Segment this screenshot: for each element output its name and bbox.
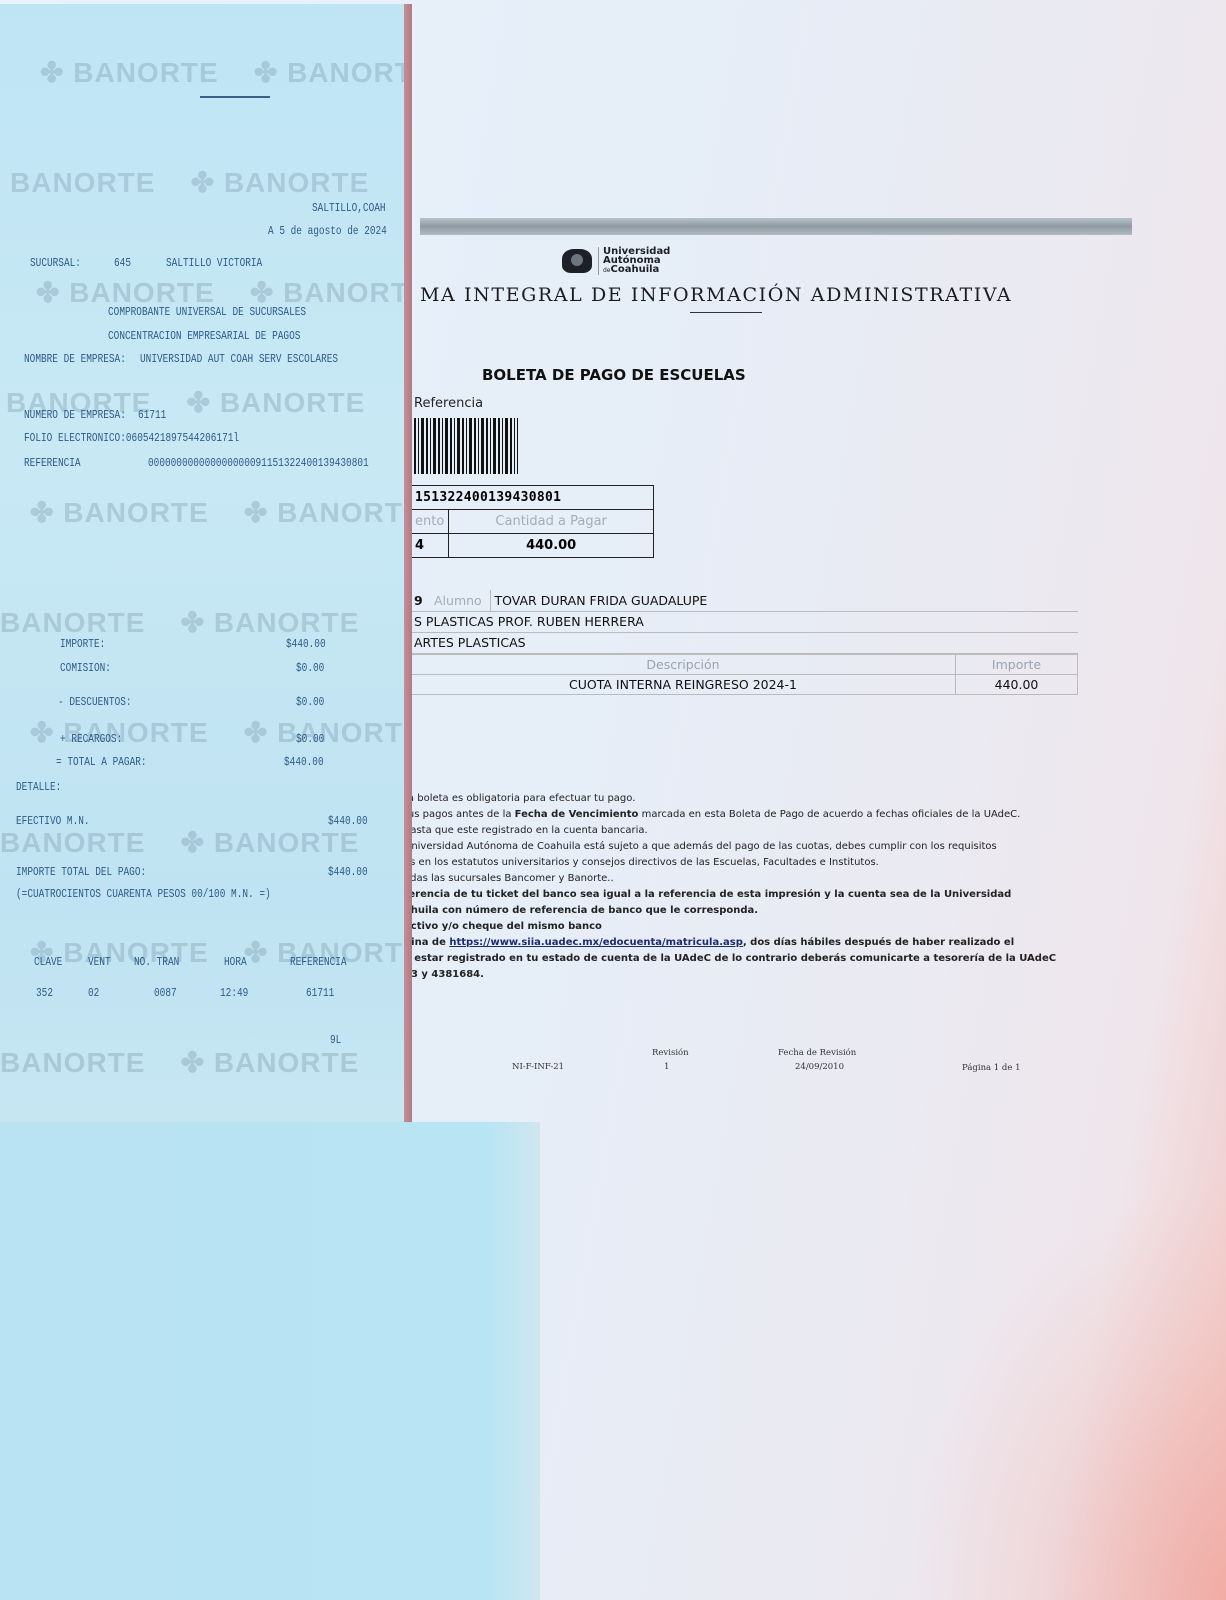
reference-value: 000000000000000000091151322400139430801 [148,457,369,470]
amount-value: 440.00 [449,534,654,558]
company-number-label: NUMERO DE EMPRESA: [24,409,126,422]
tx-header-vent: VENT [88,956,111,969]
title-divider [690,312,762,313]
branch-number: 645 [114,257,131,270]
tx-header-referencia: REFERENCIA [290,956,347,969]
ticket-edge [404,4,412,1122]
barcode [414,418,518,474]
tx-clave: 352 [36,987,53,1000]
banorte-watermark: ✤ BANORTE ✤ BANORTE [36,276,404,309]
student-id-fragment: 9 [410,590,430,611]
revision-number: 1 [664,1062,669,1072]
note-line: ferencia de tu ticket del banco sea igua… [404,887,1064,903]
account-status-link[interactable]: https://www.siia.uadec.mx/edocuenta/matr… [449,937,743,948]
note-line: ectivo y/o cheque del mismo banco [404,919,1064,935]
folio: FOLIO ELECTRONICO:0605421897544206171l [24,432,239,445]
importe-header: Importe [956,655,1078,675]
tx-hora: 12:49 [220,987,248,1000]
form-code: NI-F-INF-21 [512,1062,564,1072]
banorte-receipt: ✤ BANORTE ✤ BANORTE BANORTE ✤ BANORTE ✤ … [0,4,404,1122]
career-name: ARTES PLASTICAS [410,632,1078,653]
revision-date: 24/09/2010 [795,1062,844,1072]
banorte-watermark: BANORTE ✤ BANORTE [0,606,359,639]
tx-referencia: 61711 [306,987,334,1000]
company-number: 61711 [138,409,166,422]
note-line: á estar registrado en tu estado de cuent… [404,951,1064,967]
receipt-mark: 9L [330,1034,341,1047]
banorte-watermark: ✤ BANORTE ✤ BANORTE [30,496,404,529]
system-title: MA INTEGRAL DE INFORMACIÓN ADMINISTRATIV… [420,284,1012,306]
reference-table: 151322400139430801 ento Cantidad a Pagar… [410,485,654,558]
revision-date-label: Fecha de Revisión [778,1048,856,1058]
amount-value: $0.00 [296,733,324,746]
note-line: 33 y 4381684. [404,967,1064,983]
receipt-city: SALTILLO,COAH [312,202,386,215]
branch-name: SALTILLO VICTORIA [166,257,262,270]
banorte-watermark: BANORTE ✤ BANORTE [0,1046,359,1079]
total-in-words: (=CUATROCIENTOS CUARENTA PESOS 00/100 M.… [16,888,271,901]
note-line: ta boleta es obligatoria para efectuar t… [404,791,1064,807]
university-emblem-icon [562,249,592,273]
amount-label: IMPORTE: [60,638,105,651]
student-name: TOVAR DURAN FRIDA GUADALUPE [490,590,1078,611]
school-name: S PLASTICAS PROF. RUBEN HERRERA [410,611,1078,632]
banorte-watermark: ✤ BANORTE ✤ BANORTE [40,56,404,89]
header-band [420,218,1132,235]
tx-header-hora: HORA [224,956,247,969]
concept-amount: 440.00 [956,675,1078,695]
amount-value: $440.00 [284,756,324,769]
concept-description: CUOTA INTERNA REINGRESO 2024-1 [411,675,956,695]
amount-label: = TOTAL A PAGAR: [56,756,147,769]
tx-header-clave: CLAVE [34,956,62,969]
amount-header: Cantidad a Pagar [449,510,654,534]
banorte-watermark: BANORTE ✤ BANORTE [10,166,369,199]
due-header: ento [411,510,449,534]
receipt-title: COMPROBANTE UNIVERSAL DE SUCURSALES [108,306,306,319]
tx-vent: 02 [88,987,99,1000]
concepts-table: Descripción Importe CUOTA INTERNA REINGR… [410,654,1078,695]
note-line: Universidad Autónoma de Coahuila está su… [404,839,1064,855]
cash-value: $440.00 [328,815,368,828]
amount-value: $440.00 [286,638,326,651]
university-name: Universidad Autónoma deCoahuila [598,247,670,275]
tx-no-tran: 0087 [154,987,177,1000]
payment-notes: ta boleta es obligatoria para efectuar t… [404,791,1064,983]
due-value: 4 [411,534,449,558]
tx-header-no-tran: NO. TRAN [134,956,179,969]
cash-label: EFECTIVO M.N. [16,815,90,828]
total-value: $440.00 [328,866,368,879]
amount-label: - DESCUENTOS: [58,696,132,709]
note-line: tus pagos antes de la Fecha de Vencimien… [404,807,1064,823]
note-line: gina de https://www.siia.uadec.mx/edocue… [404,935,1064,951]
description-header: Descripción [411,655,956,675]
amount-label: COMISION: [60,662,111,675]
amount-label: + RECARGOS: [60,733,122,746]
reference-label: REFERENCIA [24,457,81,470]
reference-label: Referencia [414,396,483,411]
amount-value: $0.00 [296,696,324,709]
receipt-date: A 5 de agosto de 2024 [268,225,387,238]
note-line: ahuila con número de referencia de banco… [404,903,1064,919]
banorte-watermark: ✤ BANORTE ✤ BANORTE [30,936,404,969]
company-name: UNIVERSIDAD AUT COAH SERV ESCOLARES [140,353,338,366]
detail-label: DETALLE: [16,781,61,794]
company-name-label: NOMBRE DE EMPRESA: [24,353,126,366]
note-line: hasta que este registrado en la cuenta b… [404,823,1064,839]
university-logo: Universidad Autónoma deCoahuila [562,247,670,275]
branch-label: SUCURSAL: [30,257,81,270]
stamp-line [200,96,270,98]
receipt-subtitle: CONCENTRACION EMPRESARIAL DE PAGOS [108,330,300,343]
reference-number: 151322400139430801 [411,486,654,510]
total-label: IMPORTE TOTAL DEL PAGO: [16,866,146,879]
table-row: CUOTA INTERNA REINGRESO 2024-1 440.00 [411,675,1078,695]
note-line: es en los estatutos universitarios y con… [404,855,1064,871]
student-label: Alumno [430,590,490,611]
revision-label: Revisión [652,1048,689,1058]
document-title: BOLETA DE PAGO DE ESCUELAS [482,366,746,384]
ticket-shadow-area [0,1122,540,1600]
banorte-watermark: BANORTE ✤ BANORTE [0,826,359,859]
student-info: 9 Alumno TOVAR DURAN FRIDA GUADALUPE S P… [410,590,1078,654]
amount-value: $0.00 [296,662,324,675]
note-line: odas las sucursales Bancomer y Banorte.. [404,871,1064,887]
page-number: Página 1 de 1 [962,1063,1021,1073]
